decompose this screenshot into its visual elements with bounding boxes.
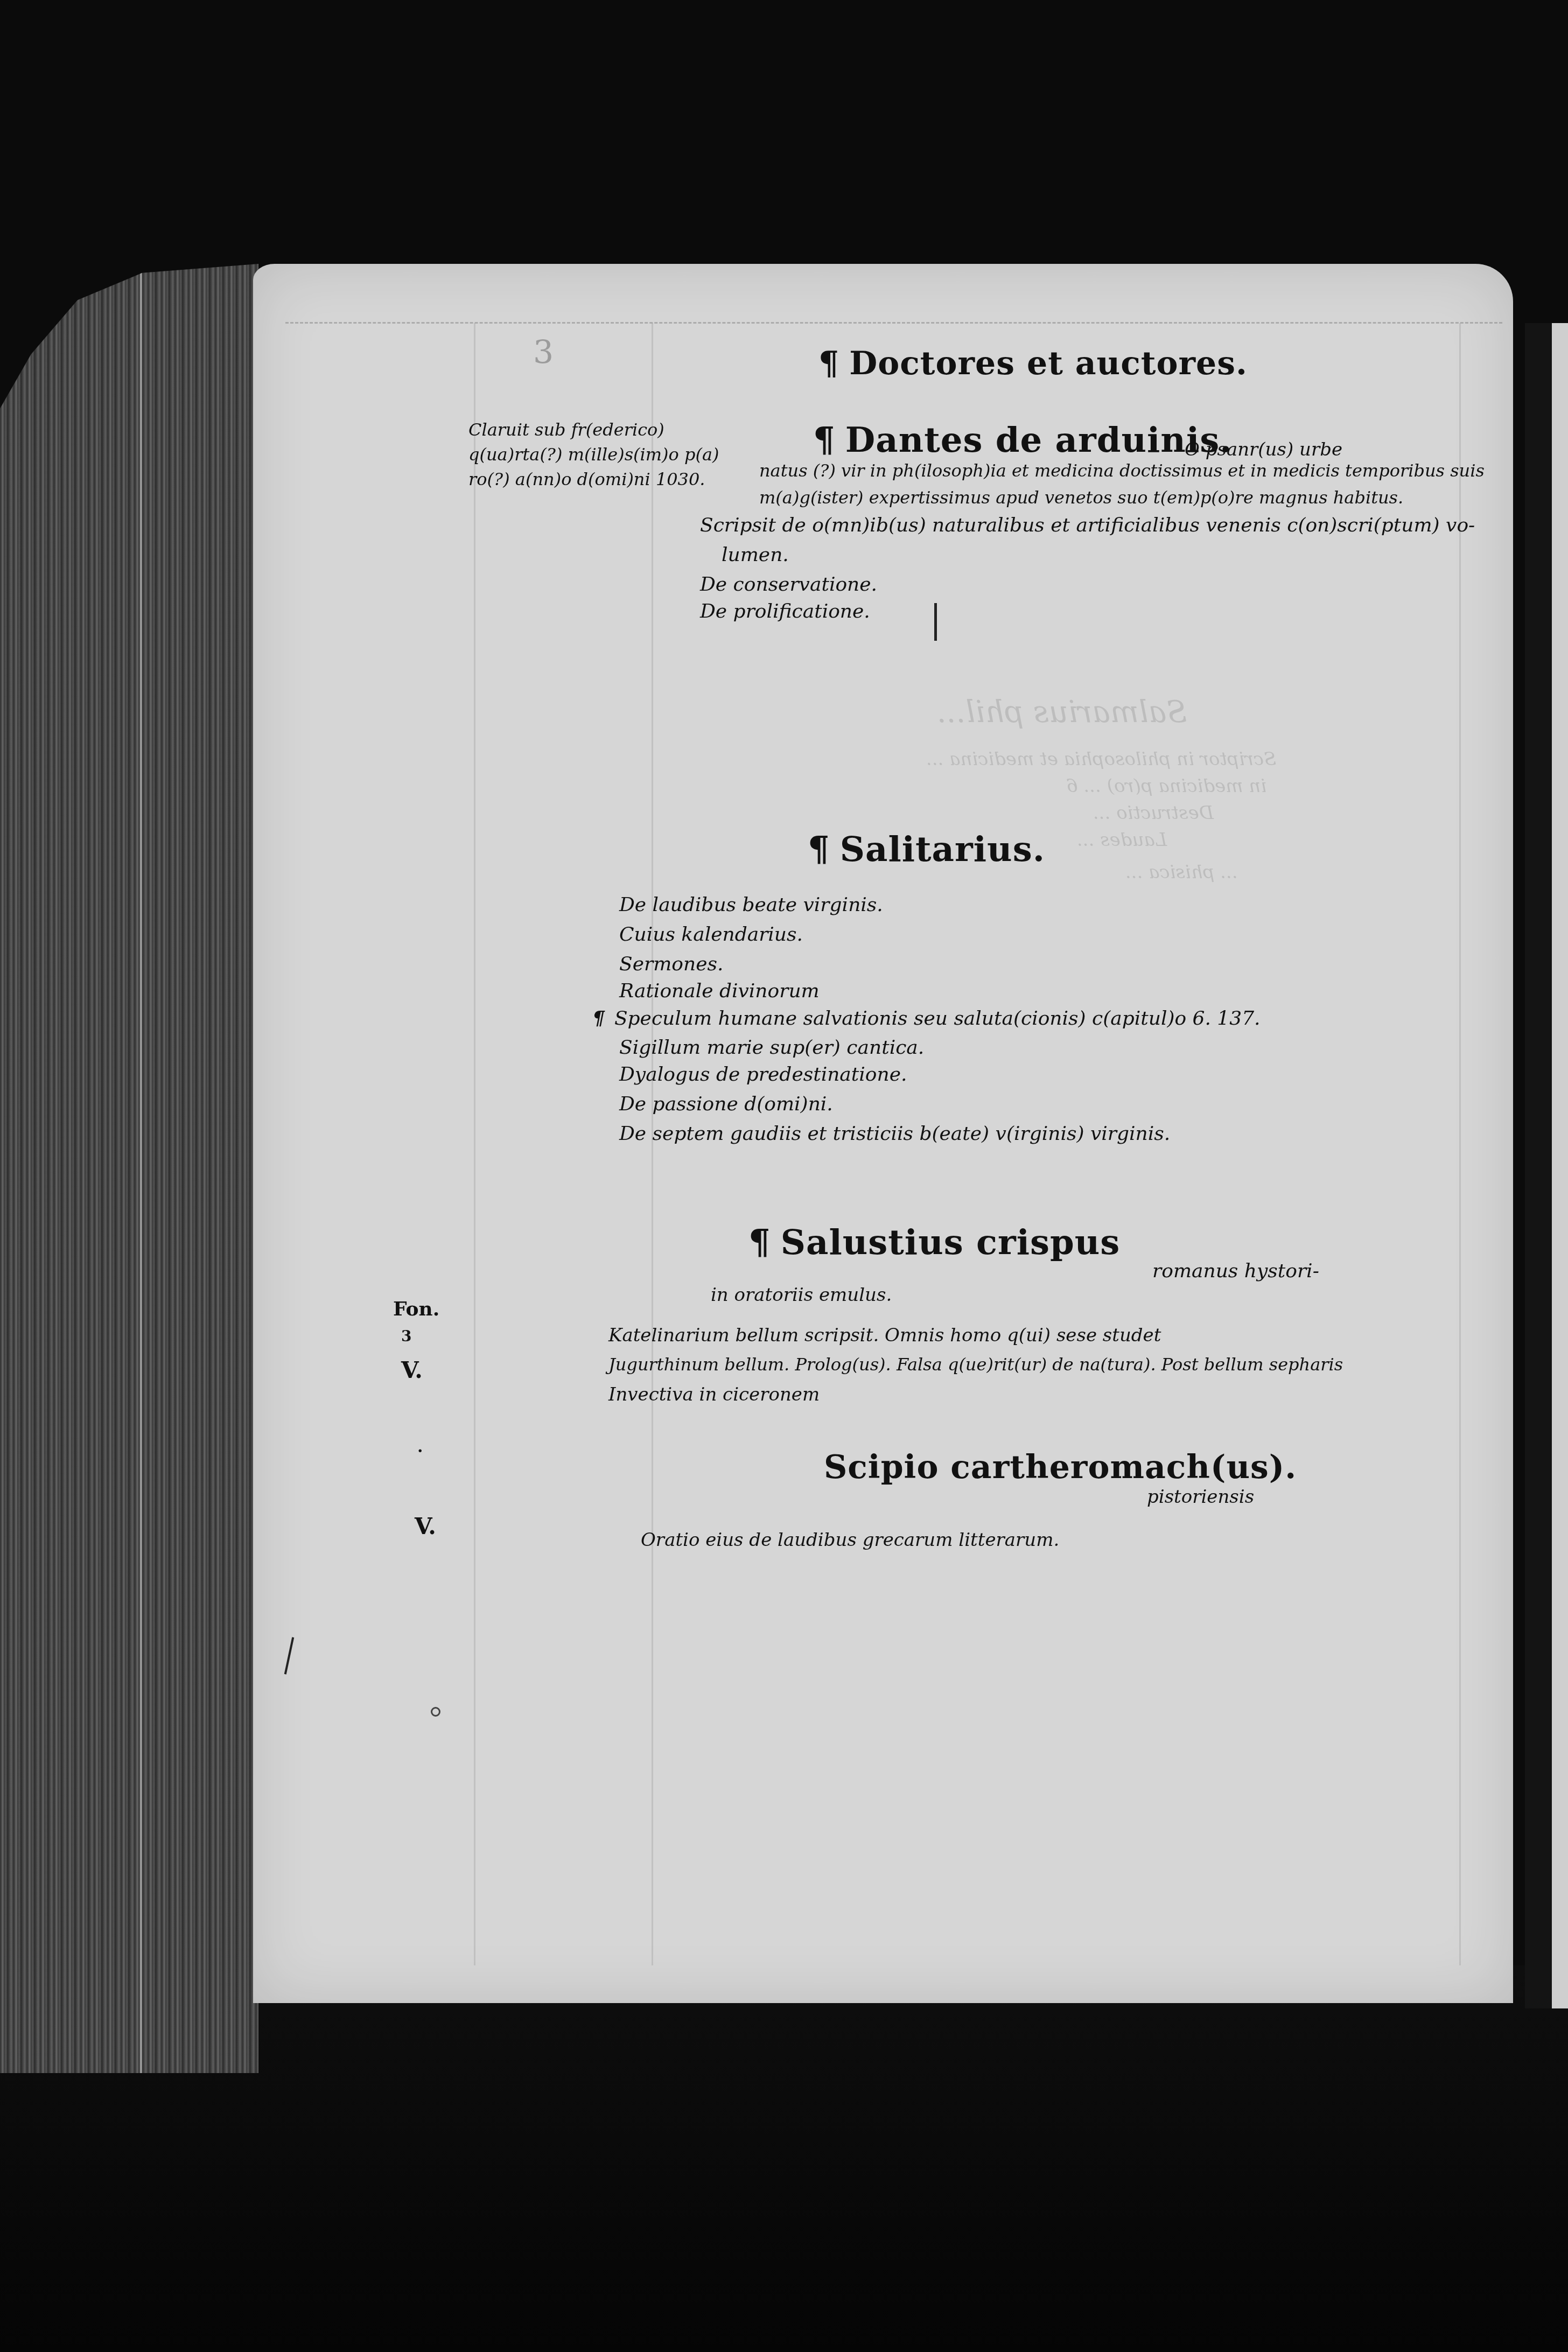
- entry-line: De conservatione.: [700, 573, 877, 596]
- entry-line: Katelinarium bellum scripsit. Omnis homo…: [608, 1325, 1161, 1346]
- entry-line: natus (?) vir in ph(ilosoph)ia et medici…: [759, 460, 1485, 481]
- ruling-line-text-right: [1459, 323, 1461, 1965]
- entry-line: Rationale divinorum: [619, 980, 820, 1002]
- entry-heading-tail: O psanr(us) urbe: [1185, 439, 1342, 460]
- entry-line: Scripsit de o(mn)ib(us) naturalibus et a…: [700, 514, 1475, 536]
- bracket-mark: [934, 603, 937, 641]
- paragraph-mark-icon: ¶: [748, 1222, 771, 1263]
- entry-heading-text: Salitarius.: [840, 829, 1045, 870]
- entry-line: De prolificatione.: [700, 600, 870, 622]
- margin-mark: 3: [401, 1327, 411, 1345]
- entry-heading-salustius: ¶Salustius crispus: [748, 1222, 1120, 1263]
- entry-heading-salitarius: ¶Salitarius.: [808, 829, 1045, 870]
- show-through-line: Destructio ...: [1093, 802, 1214, 824]
- folio-number-faint: 3: [533, 334, 554, 372]
- ruling-line-margin-left: [474, 323, 475, 1965]
- entry-line: m(a)g(ister) expertissimus apud venetos …: [759, 487, 1403, 508]
- entry-line: in oratoriis emulus.: [711, 1284, 892, 1306]
- paragraph-mark-icon: ¶: [818, 345, 839, 382]
- entry-heading-tail: pistoriensis: [1147, 1486, 1254, 1508]
- show-through-heading: Salmarius phil...: [937, 695, 1187, 730]
- entry-heading-text: Dantes de arduinis.: [845, 420, 1233, 460]
- page-title-text: Doctores et auctores.: [849, 345, 1248, 382]
- entry-heading-tail: romanus hystori-: [1152, 1260, 1319, 1282]
- facing-page-edge: [1525, 323, 1568, 2008]
- entry-line-marked: ¶Speculum humane salvationis seu saluta(…: [592, 1007, 1261, 1030]
- manuscript-photograph: 3 Salmarius phil... Scriptor in philosop…: [0, 0, 1568, 2352]
- paragraph-mark-icon: ¶: [813, 420, 836, 460]
- entry-heading-dantes: ¶Dantes de arduinis.: [813, 420, 1233, 460]
- entry-line: Cuius kalendarius.: [619, 923, 803, 946]
- ruling-line-top: [285, 322, 1502, 324]
- show-through-line: Scriptor in philosophia et medicina ...: [926, 748, 1276, 770]
- entry-line: Sigillum marie sup(er) cantica.: [619, 1037, 924, 1059]
- entry-heading-scipio: Scipio cartheromach(us).: [824, 1448, 1297, 1486]
- paragraph-mark-icon: ¶: [808, 829, 830, 870]
- show-through-line: Laudes ...: [1077, 829, 1167, 851]
- page-title: ¶Doctores et auctores.: [818, 345, 1248, 382]
- entry-line-text: Speculum humane salvationis seu saluta(c…: [614, 1007, 1261, 1030]
- show-through-line: in medicina p(ro) ... 6: [1066, 775, 1266, 797]
- entry-heading-text: Salustius crispus: [781, 1222, 1121, 1263]
- entry-line: Oratio eius de laudibus grecarum littera…: [641, 1529, 1059, 1551]
- margin-mark: Fon.: [393, 1298, 439, 1320]
- entry-line: Invectiva in ciceronem: [608, 1384, 820, 1405]
- entry-line: Sermones.: [619, 953, 723, 975]
- show-through-line: ... phisica ...: [1125, 862, 1238, 883]
- paragraph-mark-icon: ¶: [592, 1007, 605, 1030]
- margin-note-dantes: Claruit sub fr(ederico) q(ua)rta(?) m(il…: [468, 417, 719, 492]
- margin-mark: .: [417, 1438, 423, 1457]
- entry-line: De septem gaudiis et tristiciis b(eate) …: [619, 1123, 1170, 1145]
- entry-line: Jugurthinum bellum. Prolog(us). Falsa q(…: [608, 1354, 1343, 1375]
- margin-mark: V.: [401, 1357, 423, 1383]
- margin-mark: V.: [415, 1513, 436, 1539]
- entry-line: De passione d(omi)ni.: [619, 1093, 833, 1115]
- book-fore-edge: [0, 264, 258, 2073]
- entry-line: De laudibus beate virginis.: [619, 894, 883, 916]
- entry-line: lumen.: [722, 544, 789, 566]
- stray-circle-mark: [431, 1707, 440, 1717]
- entry-line: Dyalogus de predestinatione.: [619, 1063, 907, 1086]
